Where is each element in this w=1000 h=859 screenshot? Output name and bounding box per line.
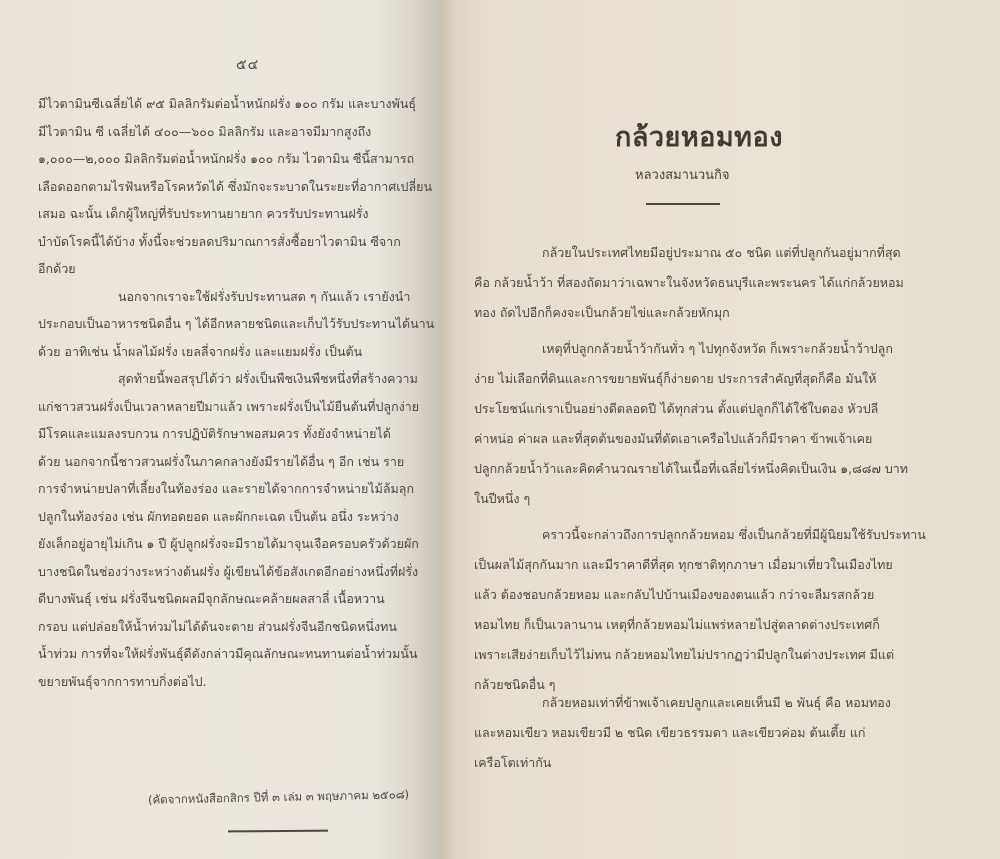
text-line: ค่าหน่อ ค่าผล และที่สุดต้นของมันที่ตัดเอ… <box>474 424 974 454</box>
text-line: แก่ชาวสวนฝรั่งเป็นเวลาหลายปีมาแล้ว เพราะ… <box>38 393 440 421</box>
text-line: เพราะเสียง่ายเก็บไว้ไม่ทน กล้วยหอมไทยไม่… <box>474 640 974 670</box>
text-line: กล้วยในประเทศไทยมีอยู่ประมาณ ๕๐ ชนิด แต่… <box>474 238 974 268</box>
divider-rule <box>228 830 328 833</box>
text-line: เป็นผลไม้สุกกันมาก และมีราคาดีที่สุด ทุก… <box>474 550 974 580</box>
text-line: เลือดออกตามไรฟันหรือโรคหวัดได้ ซึ่งมักจะ… <box>38 173 440 201</box>
paragraph: เหตุที่ปลูกกล้วยน้ำว้ากันทั่ว ๆ ไปทุกจัง… <box>474 334 974 514</box>
text-line: ปลูกในท้องร่อง เช่น ผักทอดยอด และผักกะเฉ… <box>38 503 440 531</box>
text-line: ด้วย อาทิเช่น น้ำผลไม้ฝรั่ง เยลลี่จากฝรั… <box>38 338 440 366</box>
text-line: ดีบางพันธุ์ เช่น ฝรั่งจีนชนิดผลมีจุกลักษ… <box>38 585 440 613</box>
text-line: หอมไทย ก็เป็นเวลานาน เหตุที่กล้วยหอมไม่แ… <box>474 610 974 640</box>
right-page: กล้วยหอมทอง หลวงสมานวนกิจ กล้วยในประเทศไ… <box>440 0 1000 859</box>
text-line: คราวนี้จะกล่าวถึงการปลูกกล้วยหอม ซึ่งเป็… <box>474 520 974 550</box>
text-line: ในปีหนึ่ง ๆ <box>474 484 974 514</box>
text-line: นอกจากเราจะใช้ฝรั่งรับประทานสด ๆ กันแล้ว… <box>38 283 440 311</box>
page-number: ๕๔ <box>236 54 259 76</box>
text-line: บางชนิดในช่องว่างระหว่างต้นฝรั่ง ผู้เขีย… <box>38 558 440 586</box>
text-line: คือ กล้วยน้ำว้า ที่สองถัดมาว่าเฉพาะในจัง… <box>474 268 974 298</box>
text-line: เหตุที่ปลูกกล้วยน้ำว้ากันทั่ว ๆ ไปทุกจัง… <box>474 334 974 364</box>
article-title: กล้วยหอมทอง <box>615 115 783 158</box>
text-line: มีไวตามินซีเฉลี่ยได้ ๙๕ มิลลิกรัมต่อน้ำห… <box>38 90 440 118</box>
text-line: สุดท้ายนี้พอสรุปได้ว่า ฝรั่งเป็นพืชเงินพ… <box>38 365 440 393</box>
text-line: เสมอ ฉะนั้น เด็กผู้ใหญ่ที่รับประทานยายาก… <box>38 200 440 228</box>
text-line: แล้ว ต้องชอบกล้วยหอม และกลับไปบ้านเมืองข… <box>474 580 974 610</box>
text-line: เครือโตเท่ากัน <box>474 748 974 778</box>
text-line: ๑,๐๐๐—๒,๐๐๐ มิลลิกรัมต่อน้ำหนักฝรั่ง ๑๐๐… <box>38 145 440 173</box>
text-line: ง่าย ไม่เลือกที่ดินและการขยายพันธุ์ก็ง่า… <box>474 364 974 394</box>
paragraph: กล้วยหอมเท่าที่ข้าพเจ้าเคยปลูกและเคยเห็น… <box>474 688 974 778</box>
citation: (คัดจากหนังสือกสิกร ปีที่ ๓ เล่ม ๓ พฤษภา… <box>148 786 409 809</box>
text-line: บำบัดโรคนี้ได้บ้าง ทั้งนี้จะช่วยลดปริมาณ… <box>38 228 440 256</box>
paragraph: กล้วยในประเทศไทยมีอยู่ประมาณ ๕๐ ชนิด แต่… <box>474 238 974 328</box>
divider-rule <box>646 203 720 205</box>
text-line: อีกด้วย <box>38 255 440 283</box>
text-line: การจำหน่ายปลาที่เลี้ยงในท้องร่อง และรายไ… <box>38 475 440 503</box>
paragraph: คราวนี้จะกล่าวถึงการปลูกกล้วยหอม ซึ่งเป็… <box>474 520 974 700</box>
text-line: ปลูกกล้วยน้ำว้าและคิดคำนวณรายได้ในเนื้อท… <box>474 454 974 484</box>
text-line: ยังเล็กอยู่อายุไม่เกิน ๑ ปี ผู้ปลูกฝรั่ง… <box>38 530 440 558</box>
text-line: กรอบ แต่ปล่อยให้น้ำท่วมไม่ได้ต้นจะตาย ส่… <box>38 613 440 641</box>
article-author: หลวงสมานวนกิจ <box>635 164 730 185</box>
text-line: และหอมเขียว หอมเขียวมี ๒ ชนิด เขียวธรรมด… <box>474 718 974 748</box>
left-page-body: มีไวตามินซีเฉลี่ยได้ ๙๕ มิลลิกรัมต่อน้ำห… <box>38 90 440 695</box>
text-line: มีโรคและแมลงรบกวน การปฏิบัติรักษาพอสมควร… <box>38 420 440 448</box>
text-line: กล้วยหอมเท่าที่ข้าพเจ้าเคยปลูกและเคยเห็น… <box>474 688 974 718</box>
text-line: น้ำท่วม การที่จะให้ฝรั่งพันธุ์ดีดังกล่าว… <box>38 640 440 668</box>
text-line: ขยายพันธุ์จากการทาบกิ่งต่อไป. <box>38 668 440 696</box>
text-line: ประกอบเป็นอาหารชนิดอื่น ๆ ได้อีกหลายชนิด… <box>38 310 440 338</box>
text-line: ด้วย นอกจากนี้ชาวสวนฝรั่งในภาคกลางยังมีร… <box>38 448 440 476</box>
left-page: ๕๔ มีไวตามินซีเฉลี่ยได้ ๙๕ มิลลิกรัมต่อน… <box>0 0 440 859</box>
text-line: ทอง ถัดไปอีกก็คงจะเป็นกล้วยไข่และกล้วยหั… <box>474 298 974 328</box>
text-line: ประโยชน์แก่เราเป็นอย่างดีตลอดปี ได้ทุกส่… <box>474 394 974 424</box>
text-line: มีไวตามิน ซี เฉลี่ยได้ ๔๐๐—๖๐๐ มิลลิกรัม… <box>38 118 440 146</box>
